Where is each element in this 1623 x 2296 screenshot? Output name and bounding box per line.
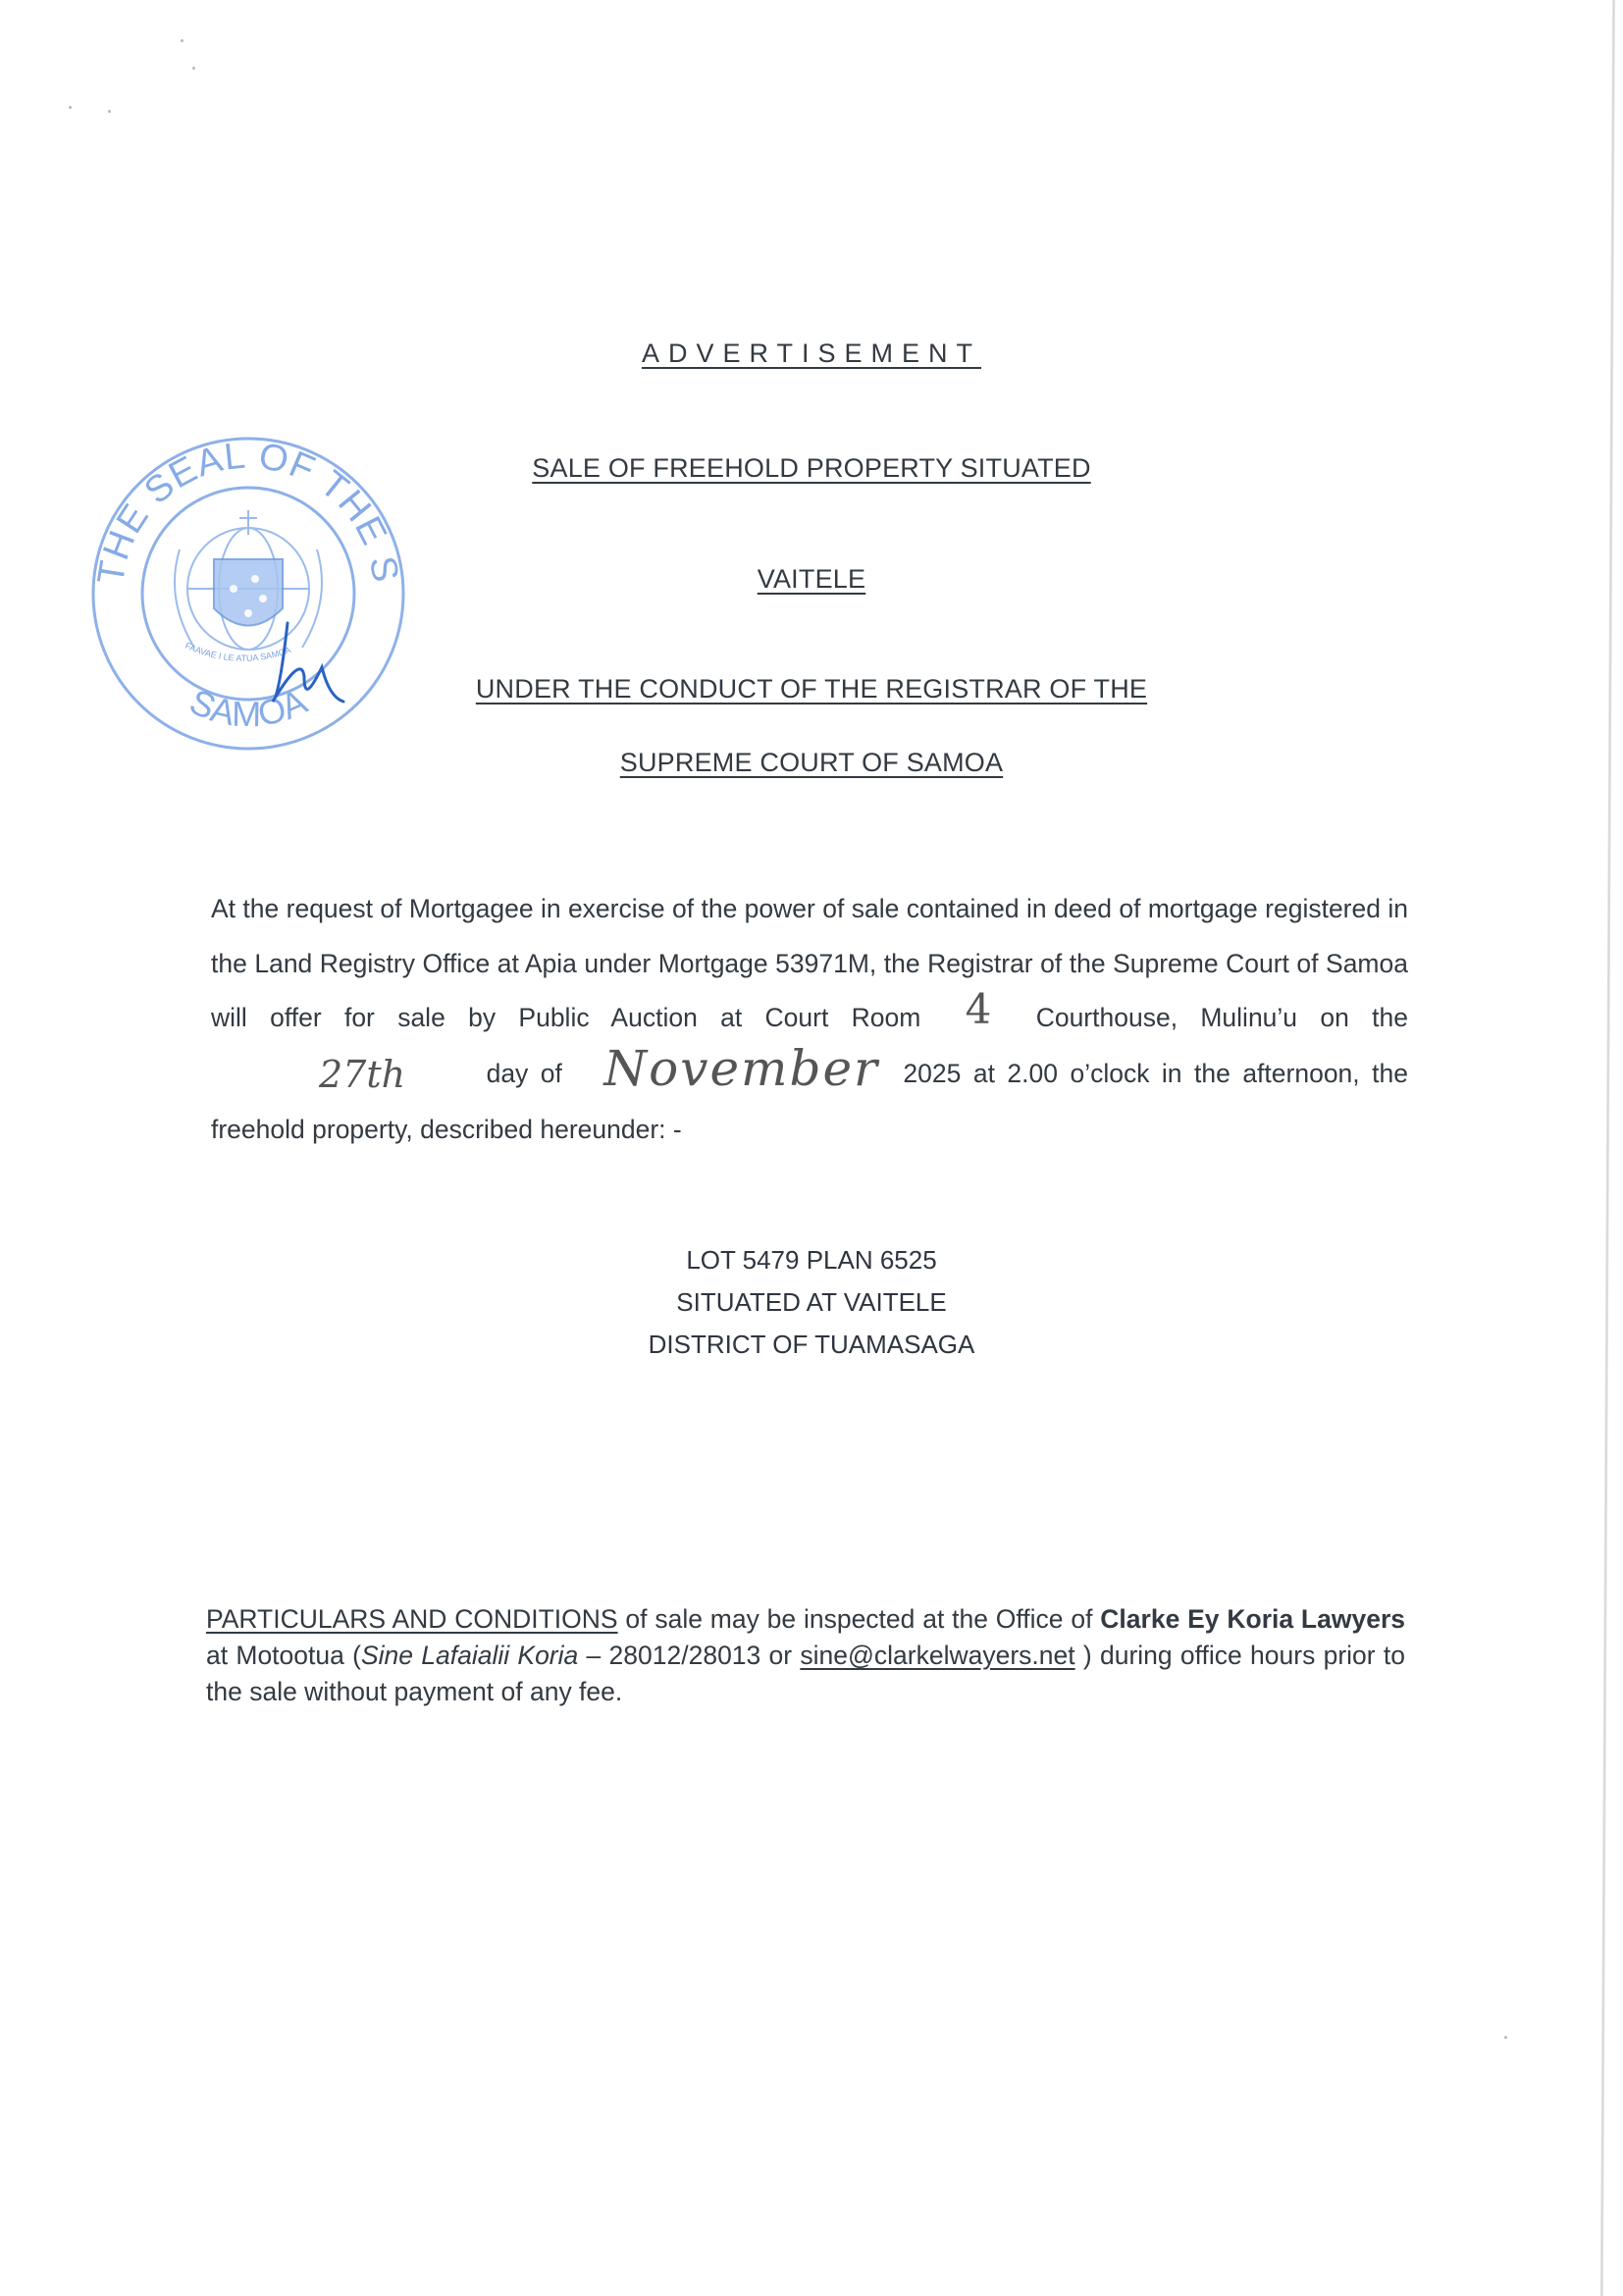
heading-supreme-court: SUPREME COURT OF SAMOA: [0, 748, 1623, 778]
notice-text: day of: [487, 1059, 562, 1088]
handwritten-day: 27th: [319, 1048, 405, 1103]
contact-email-link[interactable]: sine@clarkelwayers.net: [800, 1641, 1074, 1670]
heading-location: VAITELE: [0, 564, 1623, 595]
particulars-paragraph: PARTICULARS AND CONDITIONS of sale may b…: [206, 1601, 1405, 1710]
lot-plan-line: LOT 5479 PLAN 6525: [0, 1239, 1623, 1281]
scan-speck: [181, 39, 183, 42]
handwritten-court-room: 4: [966, 982, 992, 1037]
scan-speck: [108, 110, 111, 113]
auction-notice-paragraph: At the request of Mortgagee in exercise …: [211, 882, 1408, 1157]
scan-speck: [192, 67, 195, 70]
handwritten-month: November: [603, 1042, 879, 1097]
document-title: ADVERTISEMENT: [0, 339, 1623, 369]
particulars-text: – 28012/28013 or: [578, 1641, 800, 1670]
particulars-heading: PARTICULARS AND CONDITIONS: [206, 1604, 618, 1634]
heading-under-conduct: UNDER THE CONDUCT OF THE REGISTRAR OF TH…: [0, 674, 1623, 704]
scan-speck: [69, 106, 72, 109]
district-line: DISTRICT OF TUAMASAGA: [0, 1324, 1623, 1366]
particulars-text: of sale may be inspected at the Office o…: [618, 1604, 1101, 1634]
property-description: LOT 5479 PLAN 6525 SITUATED AT VAITELE D…: [0, 1239, 1623, 1366]
situated-line: SITUATED AT VAITELE: [0, 1281, 1623, 1324]
heading-sale-of-freehold: SALE OF FREEHOLD PROPERTY SITUATED: [0, 453, 1623, 484]
law-firm-name: Clarke Ey Koria Lawyers: [1100, 1604, 1405, 1634]
contact-name: Sine Lafaialii Koria: [361, 1641, 578, 1670]
notice-text: Courthouse, Mulinu’u on the: [1036, 1003, 1408, 1032]
scan-speck: [1504, 2036, 1507, 2039]
particulars-text: at Motootua (: [206, 1641, 361, 1670]
